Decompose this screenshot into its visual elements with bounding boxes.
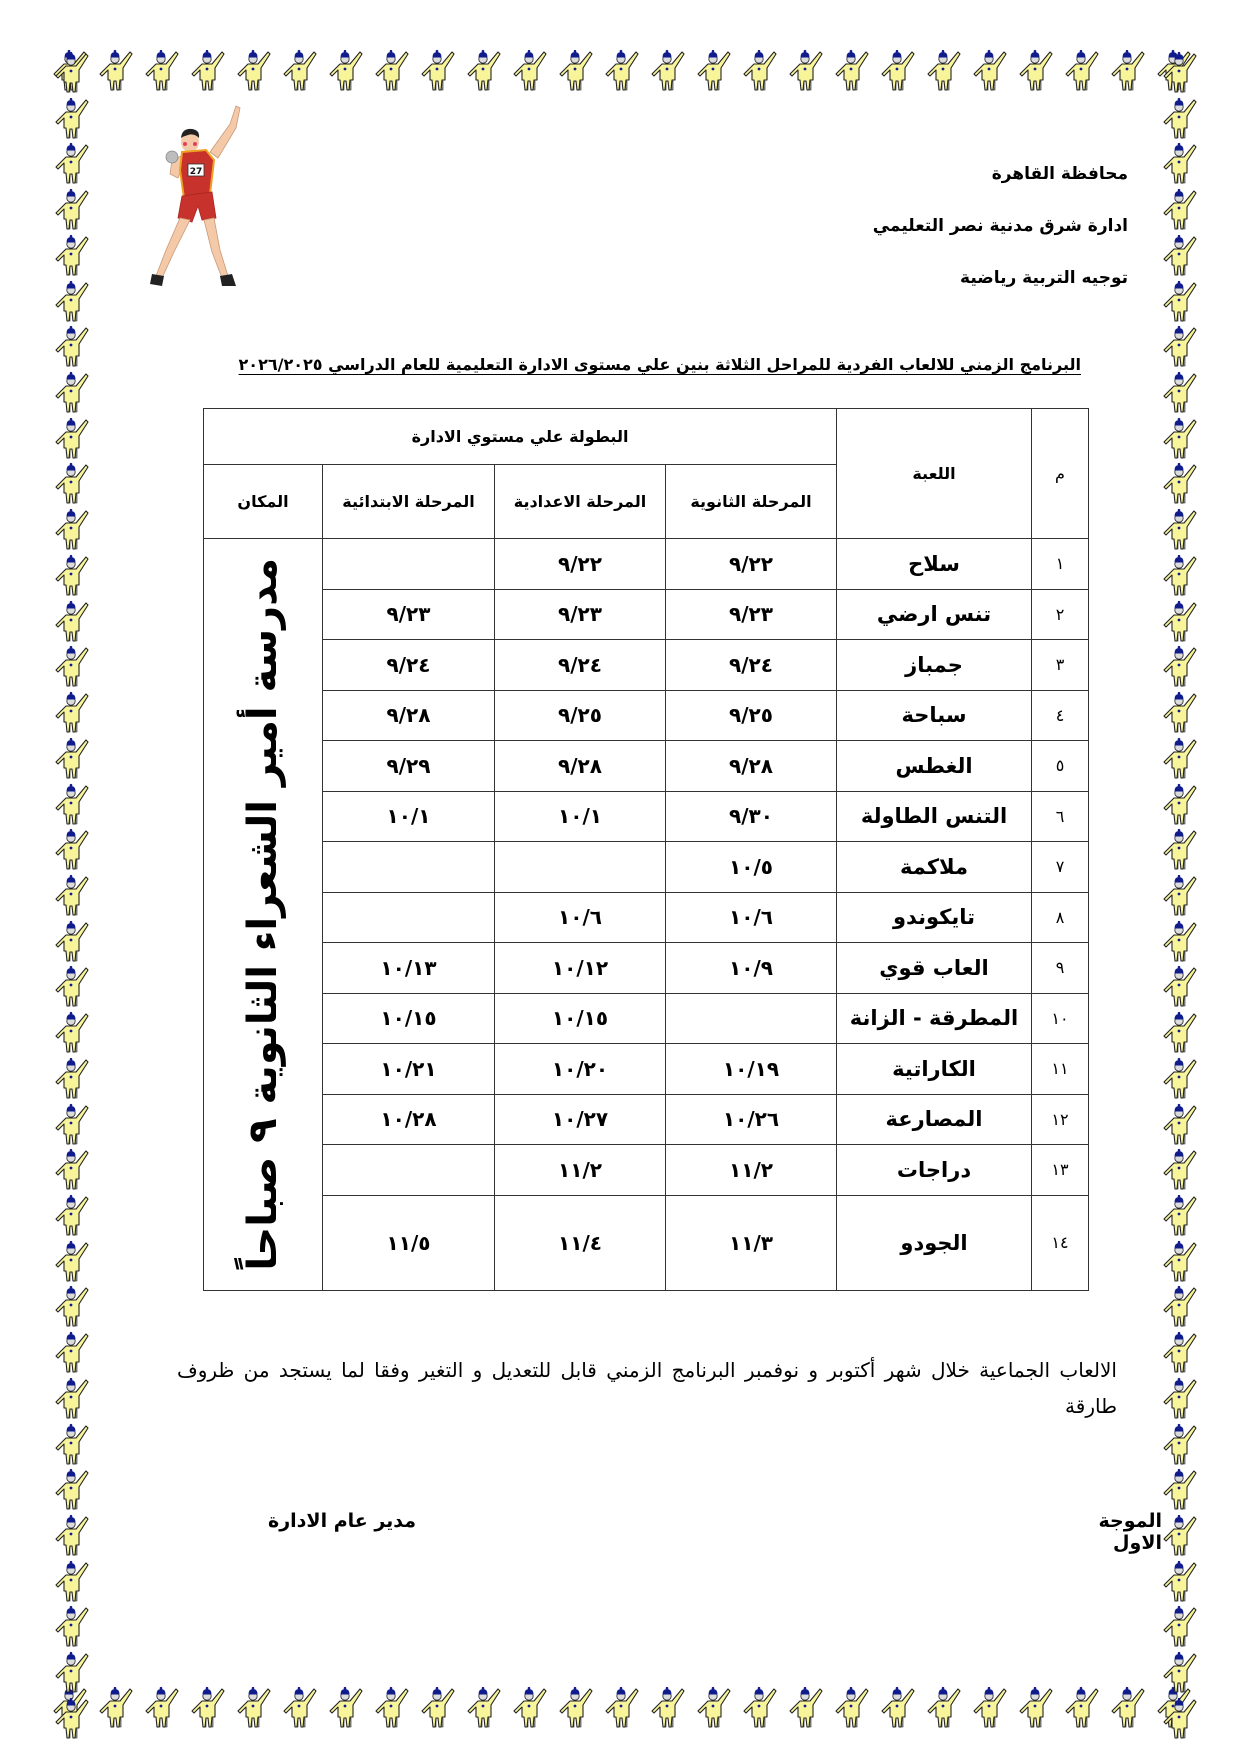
waving-person-figure-icon — [1162, 1010, 1198, 1054]
waving-person-figure-icon — [54, 1193, 90, 1237]
table-row: ٩العاب قوي١٠/٩١٠/١٢١٠/١٣ — [204, 943, 1089, 994]
waving-person-figure-icon — [54, 919, 90, 963]
row-preparatory-date: ١٠/٢٧ — [495, 1094, 666, 1145]
border-bottom — [52, 1685, 1192, 1733]
row-secondary-date — [666, 993, 837, 1044]
waving-person-figure-icon — [1162, 690, 1198, 734]
table-row: ١٣دراجات١١/٢١١/٢ — [204, 1145, 1089, 1196]
waving-person-figure-icon — [1162, 1696, 1198, 1740]
waving-person-figure-icon — [650, 48, 686, 92]
waving-person-figure-icon — [1162, 873, 1198, 917]
waving-person-figure-icon — [54, 96, 90, 140]
waving-person-figure-icon — [1162, 416, 1198, 460]
waving-person-figure-icon — [54, 324, 90, 368]
waving-person-figure-icon — [1064, 1685, 1100, 1729]
waving-person-figure-icon — [1162, 1650, 1198, 1694]
waving-person-figure-icon — [742, 48, 778, 92]
waving-person-figure-icon — [144, 48, 180, 92]
row-preparatory-date: ٩/٢٣ — [495, 589, 666, 640]
row-primary-date: ٩/٢٩ — [323, 741, 495, 792]
schedule-table: م اللعبة البطولة علي مستوي الادارة المرح… — [203, 408, 1089, 1291]
waving-person-figure-icon — [788, 1685, 824, 1729]
row-index: ١٢ — [1032, 1094, 1089, 1145]
waving-person-figure-icon — [236, 48, 272, 92]
waving-person-figure-icon — [190, 1685, 226, 1729]
governorate-label: محافظة القاهرة — [873, 148, 1128, 200]
row-secondary-date: ٩/٣٠ — [666, 791, 837, 842]
waving-person-figure-icon — [54, 644, 90, 688]
waving-person-figure-icon — [1162, 1559, 1198, 1603]
row-primary-date: ٩/٢٤ — [323, 640, 495, 691]
waving-person-figure-icon — [834, 48, 870, 92]
row-secondary-date: ٩/٢٥ — [666, 690, 837, 741]
row-primary-date — [323, 892, 495, 943]
waving-person-figure-icon — [54, 1650, 90, 1694]
row-index: ٤ — [1032, 690, 1089, 741]
row-sport: تنس ارضي — [837, 589, 1032, 640]
schedule-note: الالعاب الجماعية خلال شهر أكتوبر و نوفمب… — [177, 1352, 1117, 1424]
waving-person-figure-icon — [54, 599, 90, 643]
waving-person-figure-icon — [1162, 1376, 1198, 1420]
waving-person-figure-icon — [282, 1685, 318, 1729]
waving-person-figure-icon — [54, 1604, 90, 1648]
row-secondary-date: ١٠/٥ — [666, 842, 837, 893]
waving-person-figure-icon — [1162, 507, 1198, 551]
waving-person-figure-icon — [1162, 461, 1198, 505]
row-secondary-date: ١١/٢ — [666, 1145, 837, 1196]
waving-person-figure-icon — [1162, 370, 1198, 414]
shot-put-athlete-icon: 27 — [148, 102, 248, 292]
waving-person-figure-icon — [1064, 48, 1100, 92]
header-place: المكان — [204, 465, 323, 539]
row-sport: تايكوندو — [837, 892, 1032, 943]
row-preparatory-date: ١٠/١٢ — [495, 943, 666, 994]
table-row: ٢تنس ارضي٩/٢٣٩/٢٣٩/٢٣ — [204, 589, 1089, 640]
waving-person-figure-icon — [1162, 1513, 1198, 1557]
waving-person-figure-icon — [54, 416, 90, 460]
waving-person-figure-icon — [54, 279, 90, 323]
waving-person-figure-icon — [420, 1685, 456, 1729]
waving-person-figure-icon — [54, 141, 90, 185]
waving-person-figure-icon — [1162, 1604, 1198, 1648]
waving-person-figure-icon — [1162, 233, 1198, 277]
row-sport: المصارعة — [837, 1094, 1032, 1145]
waving-person-figure-icon — [1162, 782, 1198, 826]
header-primary: المرحلة الابتدائية — [323, 465, 495, 539]
row-secondary-date: ٩/٢٣ — [666, 589, 837, 640]
header-block: محافظة القاهرة ادارة شرق مدنية نصر التعل… — [873, 148, 1128, 304]
waving-person-figure-icon — [54, 187, 90, 231]
waving-person-figure-icon — [54, 1696, 90, 1740]
row-primary-date: ١٠/٢١ — [323, 1044, 495, 1095]
waving-person-figure-icon — [54, 1467, 90, 1511]
place-value: مدرسة أمير الشعراء الثانوية ٩ صباحاً — [240, 558, 286, 1271]
svg-text:27: 27 — [190, 167, 203, 177]
table-row: ١٤الجودو١١/٣١١/٤١١/٥ — [204, 1195, 1089, 1290]
table-row: ١سلاح٩/٢٢٩/٢٢مدرسة أمير الشعراء الثانوية… — [204, 539, 1089, 590]
waving-person-figure-icon — [374, 1685, 410, 1729]
waving-person-figure-icon — [604, 1685, 640, 1729]
waving-person-figure-icon — [1162, 1330, 1198, 1374]
waving-person-figure-icon — [54, 827, 90, 871]
row-sport: التنس الطاولة — [837, 791, 1032, 842]
waving-person-figure-icon — [558, 1685, 594, 1729]
waving-person-figure-icon — [1162, 141, 1198, 185]
waving-person-figure-icon — [696, 1685, 732, 1729]
waving-person-figure-icon — [650, 1685, 686, 1729]
row-index: ١ — [1032, 539, 1089, 590]
row-index: ٥ — [1032, 741, 1089, 792]
waving-person-figure-icon — [54, 233, 90, 277]
waving-person-figure-icon — [1162, 1422, 1198, 1466]
waving-person-figure-icon — [1018, 48, 1054, 92]
row-secondary-date: ١٠/١٩ — [666, 1044, 837, 1095]
row-sport: ملاكمة — [837, 842, 1032, 893]
row-sport: المطرقة - الزانة — [837, 993, 1032, 1044]
row-primary-date: ١٠/١٥ — [323, 993, 495, 1044]
row-preparatory-date: ٩/٢٥ — [495, 690, 666, 741]
waving-person-figure-icon — [1162, 96, 1198, 140]
row-secondary-date: ١١/٣ — [666, 1195, 837, 1290]
waving-person-figure-icon — [512, 1685, 548, 1729]
waving-person-figure-icon — [54, 873, 90, 917]
table-row: ٨تايكوندو١٠/٦١٠/٦ — [204, 892, 1089, 943]
header-preparatory: المرحلة الاعدادية — [495, 465, 666, 539]
row-sport: سلاح — [837, 539, 1032, 590]
waving-person-figure-icon — [1110, 48, 1146, 92]
row-index: ١١ — [1032, 1044, 1089, 1095]
waving-person-figure-icon — [374, 48, 410, 92]
waving-person-figure-icon — [236, 1685, 272, 1729]
place-cell: مدرسة أمير الشعراء الثانوية ٩ صباحاً — [204, 539, 323, 1291]
waving-person-figure-icon — [1162, 1147, 1198, 1191]
row-secondary-date: ١٠/٢٦ — [666, 1094, 837, 1145]
department-label: توجيه التربية رياضية — [873, 252, 1128, 304]
row-secondary-date: ٩/٢٨ — [666, 741, 837, 792]
row-sport: سباحة — [837, 690, 1032, 741]
row-sport: الغطس — [837, 741, 1032, 792]
waving-person-figure-icon — [1162, 827, 1198, 871]
waving-person-figure-icon — [54, 553, 90, 597]
waving-person-figure-icon — [880, 48, 916, 92]
header-index: م — [1032, 409, 1089, 539]
row-index: ٩ — [1032, 943, 1089, 994]
row-primary-date: ٩/٢٨ — [323, 690, 495, 741]
waving-person-figure-icon — [834, 1685, 870, 1729]
directorate-label: ادارة شرق مدنية نصر التعليمي — [873, 200, 1128, 252]
waving-person-figure-icon — [558, 48, 594, 92]
waving-person-figure-icon — [1018, 1685, 1054, 1729]
row-index: ١٠ — [1032, 993, 1089, 1044]
row-sport: الكاراتية — [837, 1044, 1032, 1095]
waving-person-figure-icon — [54, 782, 90, 826]
waving-person-figure-icon — [54, 736, 90, 780]
waving-person-figure-icon — [1162, 599, 1198, 643]
waving-person-figure-icon — [1162, 964, 1198, 1008]
waving-person-figure-icon — [54, 1559, 90, 1603]
row-preparatory-date: ٩/٢٨ — [495, 741, 666, 792]
waving-person-figure-icon — [54, 964, 90, 1008]
waving-person-figure-icon — [54, 1010, 90, 1054]
border-right — [1162, 50, 1202, 1740]
waving-person-figure-icon — [1162, 1467, 1198, 1511]
waving-person-figure-icon — [1110, 1685, 1146, 1729]
waving-person-figure-icon — [972, 48, 1008, 92]
border-top — [52, 48, 1192, 96]
row-index: ٢ — [1032, 589, 1089, 640]
row-preparatory-date — [495, 842, 666, 893]
waving-person-figure-icon — [98, 48, 134, 92]
waving-person-figure-icon — [1162, 919, 1198, 963]
row-primary-date — [323, 539, 495, 590]
waving-person-figure-icon — [926, 1685, 962, 1729]
waving-person-figure-icon — [54, 1422, 90, 1466]
table-row: ٦التنس الطاولة٩/٣٠١٠/١١٠/١ — [204, 791, 1089, 842]
header-sport: اللعبة — [837, 409, 1032, 539]
waving-person-figure-icon — [466, 48, 502, 92]
waving-person-figure-icon — [926, 48, 962, 92]
waving-person-figure-icon — [54, 50, 90, 94]
row-index: ٨ — [1032, 892, 1089, 943]
waving-person-figure-icon — [1162, 736, 1198, 780]
waving-person-figure-icon — [98, 1685, 134, 1729]
row-preparatory-date: ١٠/٦ — [495, 892, 666, 943]
table-row: ١٢المصارعة١٠/٢٦١٠/٢٧١٠/٢٨ — [204, 1094, 1089, 1145]
row-secondary-date: ١٠/٩ — [666, 943, 837, 994]
row-primary-date: ١٠/١٣ — [323, 943, 495, 994]
row-preparatory-date: ١٠/٢٠ — [495, 1044, 666, 1095]
waving-person-figure-icon — [1162, 1056, 1198, 1100]
table-row: ٧ملاكمة١٠/٥ — [204, 842, 1089, 893]
waving-person-figure-icon — [1162, 553, 1198, 597]
waving-person-figure-icon — [328, 1685, 364, 1729]
row-index: ١٣ — [1032, 1145, 1089, 1196]
waving-person-figure-icon — [54, 370, 90, 414]
waving-person-figure-icon — [1162, 279, 1198, 323]
row-primary-date: ١٠/١ — [323, 791, 495, 842]
table-row: ١١الكاراتية١٠/١٩١٠/٢٠١٠/٢١ — [204, 1044, 1089, 1095]
waving-person-figure-icon — [144, 1685, 180, 1729]
waving-person-figure-icon — [328, 48, 364, 92]
table-row: ٤سباحة٩/٢٥٩/٢٥٩/٢٨ — [204, 690, 1089, 741]
waving-person-figure-icon — [742, 1685, 778, 1729]
signature-general-director: مدير عام الادارة — [268, 1510, 416, 1532]
row-index: ٣ — [1032, 640, 1089, 691]
waving-person-figure-icon — [54, 1056, 90, 1100]
row-preparatory-date: ٩/٢٢ — [495, 539, 666, 590]
row-secondary-date: ١٠/٦ — [666, 892, 837, 943]
waving-person-figure-icon — [1162, 1239, 1198, 1283]
waving-person-figure-icon — [54, 1376, 90, 1420]
row-sport: العاب قوي — [837, 943, 1032, 994]
waving-person-figure-icon — [54, 690, 90, 734]
header-secondary: المرحلة الثانوية — [666, 465, 837, 539]
border-left — [54, 50, 94, 1740]
waving-person-figure-icon — [1162, 187, 1198, 231]
table-row: ٣جمباز٩/٢٤٩/٢٤٩/٢٤ — [204, 640, 1089, 691]
table-row: ١٠المطرقة - الزانة١٠/١٥١٠/١٥ — [204, 993, 1089, 1044]
row-preparatory-date: ١١/٢ — [495, 1145, 666, 1196]
waving-person-figure-icon — [604, 48, 640, 92]
row-secondary-date: ٩/٢٤ — [666, 640, 837, 691]
document-title: البرنامج الزمني للالعاب الفردية للمراحل … — [239, 355, 1081, 374]
waving-person-figure-icon — [1162, 644, 1198, 688]
row-sport: جمباز — [837, 640, 1032, 691]
row-index: ١٤ — [1032, 1195, 1089, 1290]
waving-person-figure-icon — [466, 1685, 502, 1729]
waving-person-figure-icon — [696, 48, 732, 92]
waving-person-figure-icon — [1162, 324, 1198, 368]
row-sport: الجودو — [837, 1195, 1032, 1290]
header-championship-group: البطولة علي مستوي الادارة — [204, 409, 837, 465]
row-primary-date: ٩/٢٣ — [323, 589, 495, 640]
waving-person-figure-icon — [1162, 1284, 1198, 1328]
waving-person-figure-icon — [54, 1239, 90, 1283]
row-primary-date — [323, 842, 495, 893]
row-preparatory-date: ١١/٤ — [495, 1195, 666, 1290]
waving-person-figure-icon — [54, 507, 90, 551]
waving-person-figure-icon — [1162, 1102, 1198, 1146]
waving-person-figure-icon — [420, 48, 456, 92]
waving-person-figure-icon — [54, 1284, 90, 1328]
waving-person-figure-icon — [54, 1102, 90, 1146]
row-primary-date — [323, 1145, 495, 1196]
waving-person-figure-icon — [512, 48, 548, 92]
waving-person-figure-icon — [54, 461, 90, 505]
row-index: ٦ — [1032, 791, 1089, 842]
waving-person-figure-icon — [788, 48, 824, 92]
table-row: ٥الغطس٩/٢٨٩/٢٨٩/٢٩ — [204, 741, 1089, 792]
waving-person-figure-icon — [54, 1147, 90, 1191]
waving-person-figure-icon — [972, 1685, 1008, 1729]
row-primary-date: ١١/٥ — [323, 1195, 495, 1290]
waving-person-figure-icon — [1162, 1193, 1198, 1237]
row-index: ٧ — [1032, 842, 1089, 893]
waving-person-figure-icon — [54, 1330, 90, 1374]
row-preparatory-date: ١٠/١٥ — [495, 993, 666, 1044]
row-preparatory-date: ١٠/١ — [495, 791, 666, 842]
waving-person-figure-icon — [190, 48, 226, 92]
row-sport: دراجات — [837, 1145, 1032, 1196]
row-secondary-date: ٩/٢٢ — [666, 539, 837, 590]
waving-person-figure-icon — [1162, 50, 1198, 94]
waving-person-figure-icon — [282, 48, 318, 92]
row-primary-date: ١٠/٢٨ — [323, 1094, 495, 1145]
row-preparatory-date: ٩/٢٤ — [495, 640, 666, 691]
waving-person-figure-icon — [880, 1685, 916, 1729]
waving-person-figure-icon — [54, 1513, 90, 1557]
